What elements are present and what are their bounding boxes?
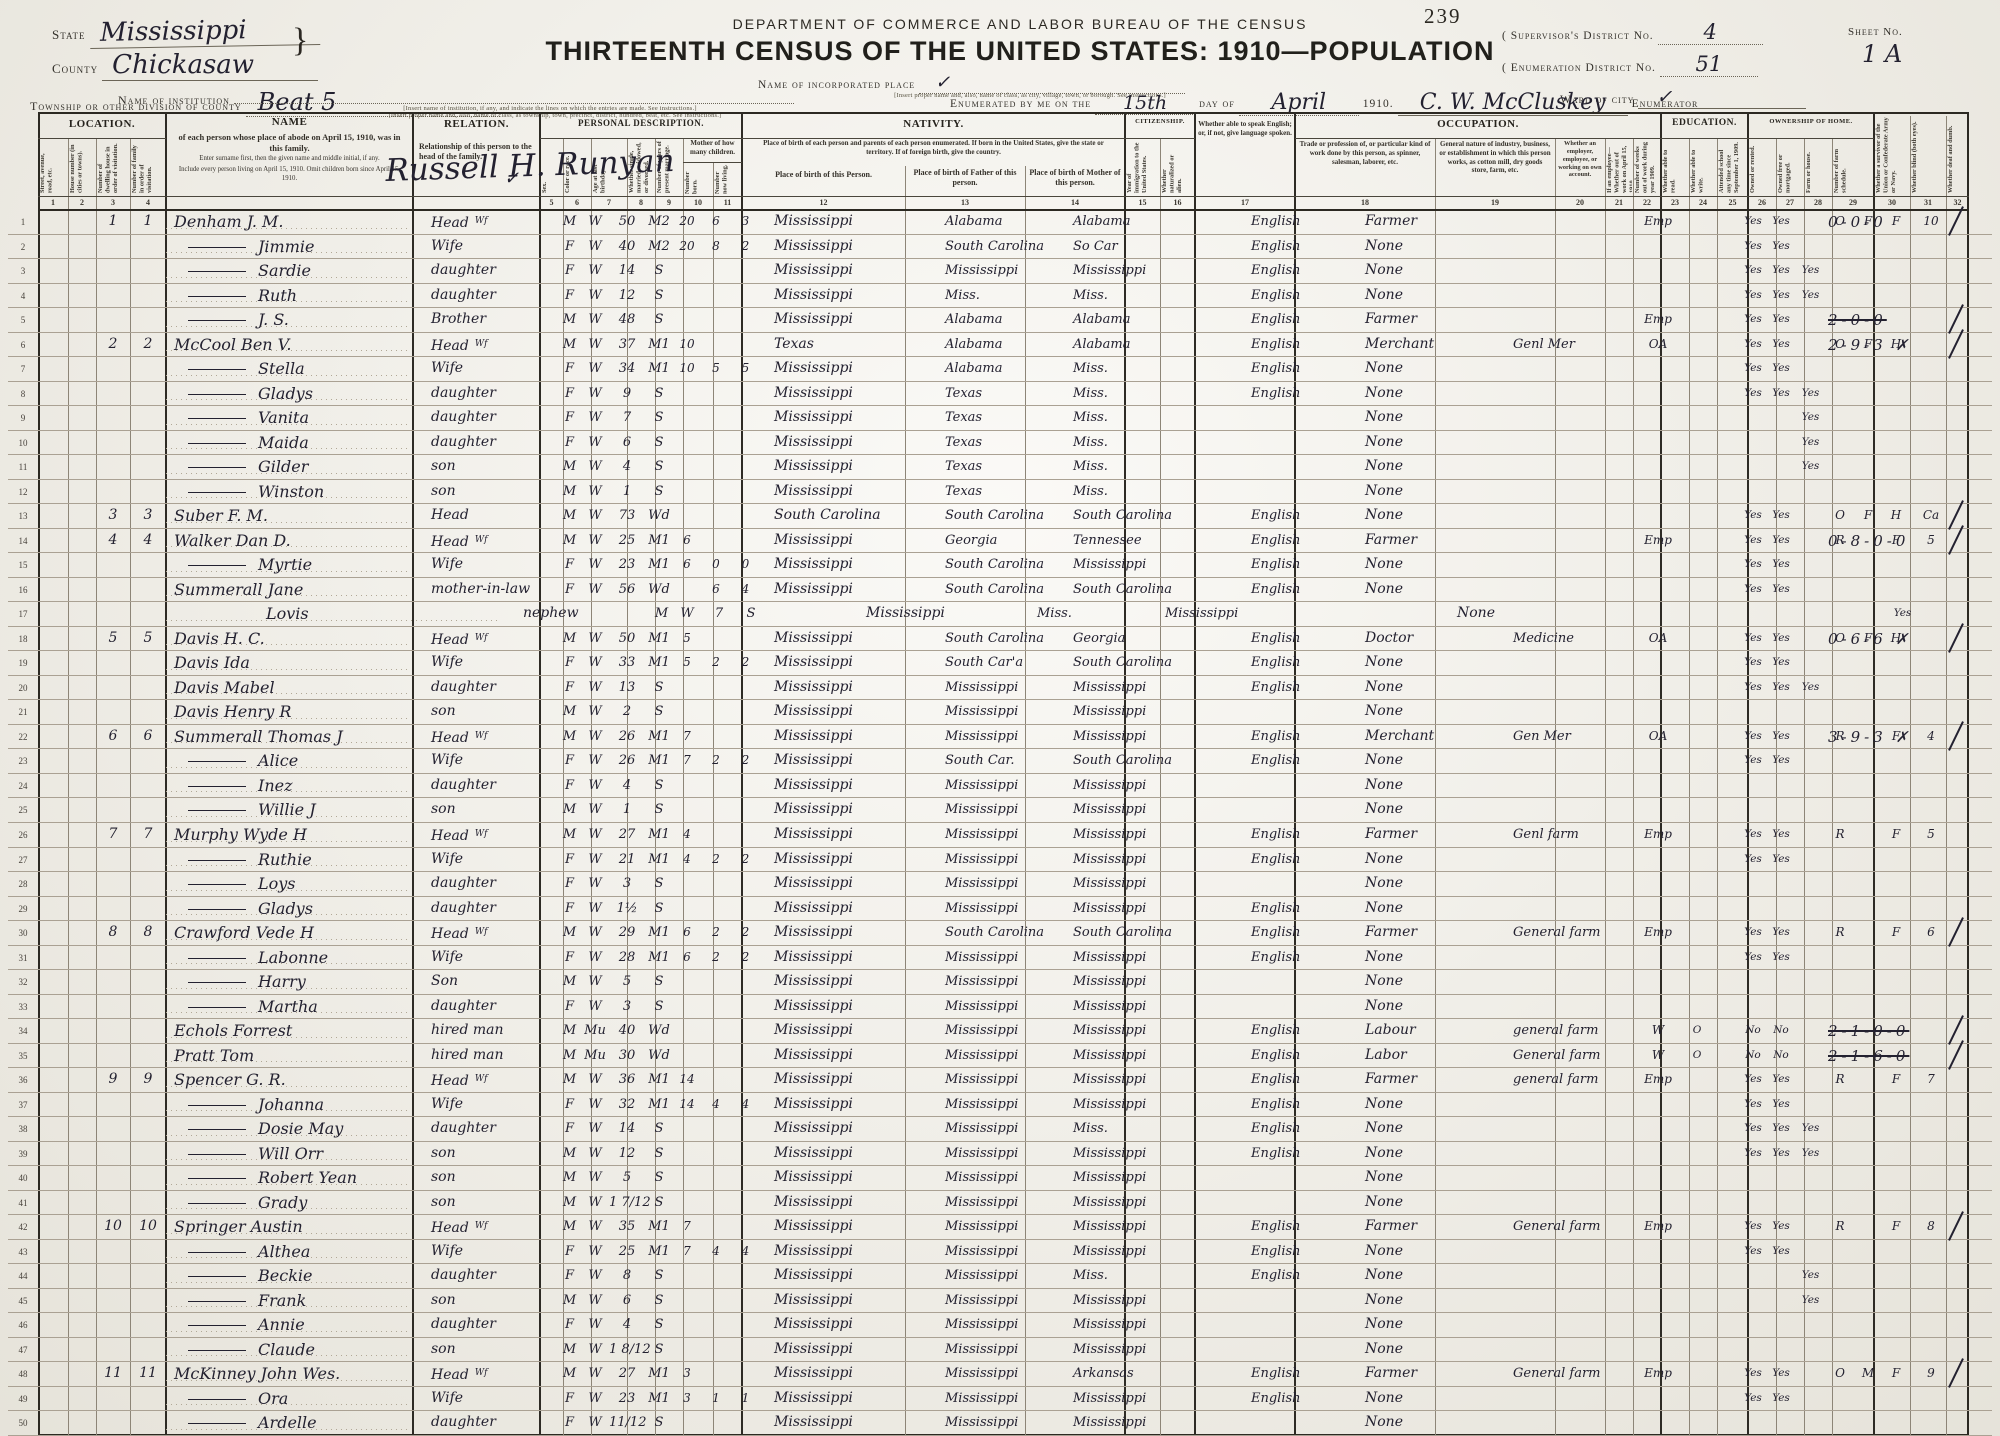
cell-fm [130, 798, 166, 822]
cell-sx: M [558, 921, 581, 945]
cell-sx: M [558, 333, 581, 357]
cell-h1 [1826, 946, 1854, 970]
cell-sx: M [558, 700, 581, 724]
cell-cr: W [581, 308, 609, 332]
cell-h2 [1854, 1093, 1882, 1117]
cell-ow [1683, 1240, 1711, 1264]
cell-rl: son [421, 1338, 558, 1362]
cell-bl [1988, 1338, 2000, 1362]
cell-wk [1711, 995, 1739, 1019]
cell-cb [701, 1215, 731, 1239]
cell-sc [1795, 1093, 1826, 1117]
cell-yi [1173, 1166, 1208, 1190]
group-title-nativity: NATIVITY. [742, 118, 1125, 136]
cell-ow [1683, 1264, 1711, 1288]
cell-cb [701, 970, 731, 994]
cell-cl: 3 [731, 210, 760, 234]
cell-sx: F [558, 284, 581, 308]
cell-lnl: 12 [8, 480, 38, 504]
cell-h1 [1826, 676, 1854, 700]
cell-cb [701, 406, 731, 430]
cell-h2 [1854, 897, 1882, 921]
cell-nm: Ora [166, 1387, 421, 1411]
cell-ow [1683, 995, 1711, 1019]
cell-ow [1683, 1289, 1711, 1313]
cell-dw [96, 1019, 130, 1043]
cell-cl [731, 406, 760, 430]
cell-cb: 5 [701, 357, 731, 381]
cell-cl [731, 1338, 760, 1362]
cell-wr: Yes [1767, 235, 1795, 259]
cell-bl [1988, 1142, 2000, 1166]
cell-ym: 3 [673, 1387, 701, 1411]
cell-wr [1767, 455, 1795, 479]
cell-sc [1795, 578, 1826, 602]
cell-h1 [1826, 651, 1854, 675]
cell-cl [731, 1264, 760, 1288]
cell-cl [731, 995, 760, 1019]
cell-cr: W [581, 1093, 609, 1117]
cell-h1 [1826, 578, 1854, 602]
cell-sx: M [558, 480, 581, 504]
col-number-8: 8 [627, 196, 655, 210]
cell-oc: Farmer [1351, 1215, 1505, 1239]
cell-nm: Inez [166, 774, 421, 798]
cell-hn [68, 602, 96, 626]
cell-bf: Mississippi [937, 1289, 1065, 1313]
cell-rl: HeadWf [421, 725, 558, 749]
cell-wr: Yes [1767, 308, 1795, 332]
sheet-label: Sheet No. [1848, 26, 1903, 38]
cell-bl [1988, 970, 2000, 994]
cell-h4 [1910, 798, 1952, 822]
cell-ow [1683, 798, 1711, 822]
cell-ym [673, 1264, 701, 1288]
cell-ind [1505, 480, 1633, 504]
cell-rl: daughter [421, 897, 558, 921]
cell-rl: daughter [421, 259, 558, 283]
cell-sc [1795, 529, 1826, 553]
cell-h4: 5 [1910, 823, 1952, 847]
cell-h4: Ca [1910, 504, 1952, 528]
cell-sv [1952, 455, 1988, 479]
cell-h2 [1854, 578, 1882, 602]
cell-sv [1952, 946, 1988, 970]
cell-wk [1803, 602, 1831, 626]
cell-fm [130, 602, 166, 626]
cell-h4 [1910, 406, 1952, 430]
cell-hn [68, 970, 96, 994]
cell-bm: Mississippi [1065, 774, 1173, 798]
cell-st [38, 970, 68, 994]
cell-cl: 4 [731, 578, 760, 602]
cell-h3: F [1882, 921, 1910, 945]
cell-sx: M [558, 1142, 581, 1166]
cell-h1 [1826, 455, 1854, 479]
cell-rd [1739, 1313, 1767, 1337]
cell-bp: Mississippi [760, 848, 937, 872]
col-number-13: 13 [905, 196, 1025, 210]
cell-oc: None [1351, 897, 1505, 921]
cell-nm: Frank [166, 1289, 421, 1313]
cell-em [1633, 259, 1683, 283]
table-row: 32HarrySonMW5SMississippiMississippiMiss… [8, 970, 1992, 995]
cell-lnl: 10 [8, 431, 38, 455]
cell-ind [1505, 872, 1633, 896]
cell-ow [1683, 1166, 1711, 1190]
ditto-dash [188, 565, 246, 566]
cell-ag: 4 [609, 455, 645, 479]
cell-fm: 8 [130, 921, 166, 945]
cell-ag: 1 [609, 480, 645, 504]
cell-oc: Labour [1351, 1019, 1505, 1043]
cell-st [38, 897, 68, 921]
cell-h4 [1910, 1117, 1952, 1141]
cell-h3: F [1882, 1068, 1910, 1092]
cell-ag: 1½ [609, 897, 645, 921]
cell-bm: Georgia [1065, 627, 1173, 651]
col-number-14: 14 [1025, 196, 1125, 210]
cell-h2 [1854, 872, 1882, 896]
cell-fm [130, 431, 166, 455]
cell-ym [673, 1044, 701, 1068]
cell-ow [1683, 1313, 1711, 1337]
cell-dw [96, 1338, 130, 1362]
cell-bp: Mississippi [760, 1240, 937, 1264]
cell-ow: O [1683, 1044, 1711, 1068]
cell-lnl: 7 [8, 357, 38, 381]
cell-ind [1505, 1093, 1633, 1117]
col-head-14: Place of birth of Mother of this person. [1025, 168, 1125, 194]
cell-h2 [1854, 1338, 1882, 1362]
cell-ym: 7 [673, 1215, 701, 1239]
cell-h2 [1946, 602, 1974, 626]
cell-h1 [1826, 406, 1854, 430]
cell-oc: Farmer [1351, 210, 1505, 234]
cell-cl [731, 1142, 760, 1166]
cell-wk [1711, 676, 1739, 700]
cell-bl [1988, 848, 2000, 872]
col-head-26: Owned or rented. [1749, 140, 1775, 194]
supervisor-district-row: ( Supervisor's District No. 4 [1502, 20, 1763, 45]
cell-h3 [1882, 749, 1910, 773]
cell-lnl: 13 [8, 504, 38, 528]
cell-cl [731, 774, 760, 798]
cell-h4 [1910, 1240, 1952, 1264]
cell-ym: 10 [673, 333, 701, 357]
cell-na [1208, 1313, 1243, 1337]
cell-oc: None [1351, 259, 1505, 283]
cell-na [1208, 1362, 1243, 1386]
ditto-dash [188, 467, 246, 468]
cell-sc: Yes [1795, 1117, 1826, 1141]
cell-ow [1683, 529, 1711, 553]
cell-em: Emp [1633, 210, 1683, 234]
cell-st [38, 995, 68, 1019]
cell-em [1633, 284, 1683, 308]
cell-ag: 29 [609, 921, 645, 945]
cell-ow: O [1683, 1019, 1711, 1043]
cell-rl: nephew [513, 602, 650, 626]
cell-lnl: 6 [8, 333, 38, 357]
cell-cl: 1 [731, 1387, 760, 1411]
cell-cr: W [581, 1166, 609, 1190]
cell-bp: Mississippi [760, 553, 937, 577]
state-label: State [52, 27, 86, 42]
cell-hn [68, 1338, 96, 1362]
cell-sv [1952, 1166, 1988, 1190]
cell-rl: daughter [421, 1117, 558, 1141]
cell-cb [701, 1142, 731, 1166]
cell-ow [1683, 1117, 1711, 1141]
cell-hn [68, 210, 96, 234]
cell-ms: S [645, 1142, 673, 1166]
cell-h1 [1826, 970, 1854, 994]
cell-fm: 5 [130, 627, 166, 651]
cell-rd [1739, 1191, 1767, 1215]
cell-sv [1952, 1068, 1988, 1092]
cell-wk [1711, 1387, 1739, 1411]
cell-wk [1711, 1191, 1739, 1215]
ditto-dash [188, 492, 246, 493]
cell-rl: Wife [421, 749, 558, 773]
cell-bl [1988, 431, 2000, 455]
cell-h1 [1826, 1313, 1854, 1337]
cell-en [1243, 872, 1351, 896]
cell-h3 [1882, 1313, 1910, 1337]
cell-cr: W [581, 872, 609, 896]
cell-h2 [1854, 1191, 1882, 1215]
cell-sc: Yes [1795, 431, 1826, 455]
cell-ms: S [645, 676, 673, 700]
cell-cb [701, 872, 731, 896]
relation-note-mark: Wf [475, 829, 488, 839]
cell-dw [96, 1044, 130, 1068]
cell-h1: O [1826, 504, 1854, 528]
ditto-dash [188, 271, 246, 272]
grid-line [1295, 138, 1661, 139]
cell-wr: Yes [1767, 725, 1795, 749]
cell-oc: None [1351, 872, 1505, 896]
cell-h2 [1854, 357, 1882, 381]
cell-cr: W [581, 284, 609, 308]
cell-ow [1683, 725, 1711, 749]
cell-sv [1952, 995, 1988, 1019]
cell-rl: daughter [421, 774, 558, 798]
cell-rl: Wife [421, 235, 558, 259]
table-row: 16Summerall Janemother-in-lawFW56Wd64Mis… [8, 578, 1992, 603]
cell-na [1208, 259, 1243, 283]
cell-bm: Mississippi [1065, 798, 1173, 822]
table-row: 47ClaudesonMW1 8/12SMississippiMississip… [8, 1338, 1992, 1363]
cell-h3 [1974, 602, 2000, 626]
cell-bm: Mississippi [1065, 848, 1173, 872]
cell-h4 [1910, 284, 1952, 308]
table-row: 23AliceWifeFW26M1722MississippiSouth Car… [8, 749, 1992, 774]
margin-tally: 2-1-6-0 [1828, 1045, 1998, 1067]
cell-bp: South Carolina [760, 504, 937, 528]
cell-cr: W [581, 1142, 609, 1166]
cell-h2 [1854, 1240, 1882, 1264]
cell-em [1633, 1240, 1683, 1264]
cell-ind: Gen Mer [1505, 725, 1633, 749]
cell-ms: M1 [645, 529, 673, 553]
cell-lnl: 8 [8, 382, 38, 406]
cell-en [1243, 774, 1351, 798]
cell-ag: 34 [609, 357, 645, 381]
cell-bf: Mississippi [937, 259, 1065, 283]
cell-wk [1711, 382, 1739, 406]
cell-ms: Wd [645, 578, 673, 602]
cell-cl [731, 1313, 760, 1337]
cell-cb [701, 897, 731, 921]
cell-h3 [1882, 1387, 1910, 1411]
cell-hn [68, 749, 96, 773]
cell-st [38, 651, 68, 675]
cell-en: English [1243, 382, 1351, 406]
cell-lnl: 36 [8, 1068, 38, 1092]
cell-yi [1173, 1338, 1208, 1362]
cell-dw [96, 406, 130, 430]
cell-en: English [1243, 1019, 1351, 1043]
cell-ym [673, 431, 701, 455]
cell-hn [68, 578, 96, 602]
cell-ym [673, 1289, 701, 1313]
cell-rd: Yes [1739, 1117, 1767, 1141]
cell-rl: Wife [421, 553, 558, 577]
cell-hn [68, 1313, 96, 1337]
enumeration-district-row: ( Enumeration District No. 51 [1502, 52, 1758, 77]
cell-h1 [1826, 1264, 1854, 1288]
cell-ow [1683, 308, 1711, 332]
cell-ag: 9 [609, 382, 645, 406]
cell-sx: F [558, 1264, 581, 1288]
cell-bl [1988, 1117, 2000, 1141]
ditto-dash [188, 761, 246, 762]
institution-label: Name of institution [118, 93, 230, 107]
cell-bp: Mississippi [852, 602, 1029, 626]
cell-sx: F [558, 1240, 581, 1264]
cell-cl [731, 970, 760, 994]
cell-bl [1988, 749, 2000, 773]
cell-bl [1988, 921, 2000, 945]
cell-en: English [1243, 1240, 1351, 1264]
cell-oc: None [1351, 1240, 1505, 1264]
cell-bm: Mississippi [1065, 259, 1173, 283]
cell-bp: Mississippi [760, 1264, 937, 1288]
cell-st [38, 529, 68, 553]
cell-lnl: 50 [8, 1411, 38, 1435]
cell-lnl: 20 [8, 676, 38, 700]
cell-cr: W [581, 578, 609, 602]
cell-yi [1173, 676, 1208, 700]
cell-ind [1505, 553, 1633, 577]
cell-bm: Mississippi [1065, 1411, 1173, 1435]
cell-em [1633, 235, 1683, 259]
cell-wk [1711, 578, 1739, 602]
cell-yi [1173, 357, 1208, 381]
ditto-dash [188, 418, 246, 419]
cell-sc [1795, 480, 1826, 504]
cell-wk [1711, 651, 1739, 675]
cell-bm: Mississippi [1065, 1142, 1173, 1166]
cell-bl [1988, 1411, 2000, 1435]
cell-cr: W [581, 970, 609, 994]
cell-ind [1505, 1387, 1633, 1411]
table-row: 7StellaWifeFW34M11055MississippiAlabamaM… [8, 357, 1992, 382]
cell-ow [1683, 897, 1711, 921]
cell-rl: daughter [421, 995, 558, 1019]
table-row: 41GradysonMW1 7/12SMississippiMississipp… [8, 1191, 1992, 1216]
cell-yi [1173, 995, 1208, 1019]
cell-h2 [1854, 921, 1882, 945]
enumerated-label: Enumerated by me on the [950, 98, 1091, 110]
cell-wr: Yes [1767, 259, 1795, 283]
cell-h1 [1826, 1093, 1854, 1117]
cell-h3 [1882, 651, 1910, 675]
cell-cr: W [581, 774, 609, 798]
cell-rd: Yes [1739, 553, 1767, 577]
cell-lnl: 9 [8, 406, 38, 430]
cell-wr: Yes [1767, 1068, 1795, 1092]
cell-wr: Yes [1767, 921, 1795, 945]
cell-cl [731, 1044, 760, 1068]
ditto-dash [188, 810, 246, 811]
cell-ym [673, 480, 701, 504]
cell-cb [701, 431, 731, 455]
cell-h1 [1826, 553, 1854, 577]
cell-bp: Mississippi [760, 259, 937, 283]
cell-wr: Yes [1767, 1240, 1795, 1264]
cell-em: OA [1633, 725, 1683, 749]
cell-fm: 4 [130, 529, 166, 553]
table-row: 45FranksonMW6SMississippiMississippiMiss… [8, 1289, 1992, 1314]
cell-rd [1739, 798, 1767, 822]
cell-na [1208, 210, 1243, 234]
cell-bp: Mississippi [760, 676, 937, 700]
cell-wk [1711, 921, 1739, 945]
cell-sc [1795, 627, 1826, 651]
cell-bf: Mississippi [937, 823, 1065, 847]
cell-h2 [1854, 1411, 1882, 1435]
cell-bm: Mississippi [1065, 1166, 1173, 1190]
cell-st [38, 602, 68, 626]
col-number-20: 20 [1555, 196, 1605, 210]
cell-nm: Vanita [166, 406, 421, 430]
cell-ag: 40 [609, 235, 645, 259]
cell-yi [1173, 1044, 1208, 1068]
table-row: 44BeckiedaughterFW8SMississippiMississip… [8, 1264, 1992, 1289]
cell-sv [1952, 1191, 1988, 1215]
cell-wk [1711, 284, 1739, 308]
cell-oc: None [1351, 1387, 1505, 1411]
cell-rd: Yes [1739, 529, 1767, 553]
cell-fm [130, 1019, 166, 1043]
cell-lnl: 30 [8, 921, 38, 945]
cell-na [1208, 308, 1243, 332]
cell-st [38, 1191, 68, 1215]
cell-st [38, 676, 68, 700]
col-head-22: Number of weeks out of work during year … [1634, 140, 1660, 194]
cell-sx: F [558, 382, 581, 406]
cell-sv [1952, 1411, 1988, 1435]
cell-cb: 2 [701, 848, 731, 872]
cell-wr: Yes [1767, 357, 1795, 381]
cell-rl: Wife [421, 848, 558, 872]
cell-wr [1767, 1338, 1795, 1362]
cell-h2 [1854, 995, 1882, 1019]
cell-sv [1952, 235, 1988, 259]
